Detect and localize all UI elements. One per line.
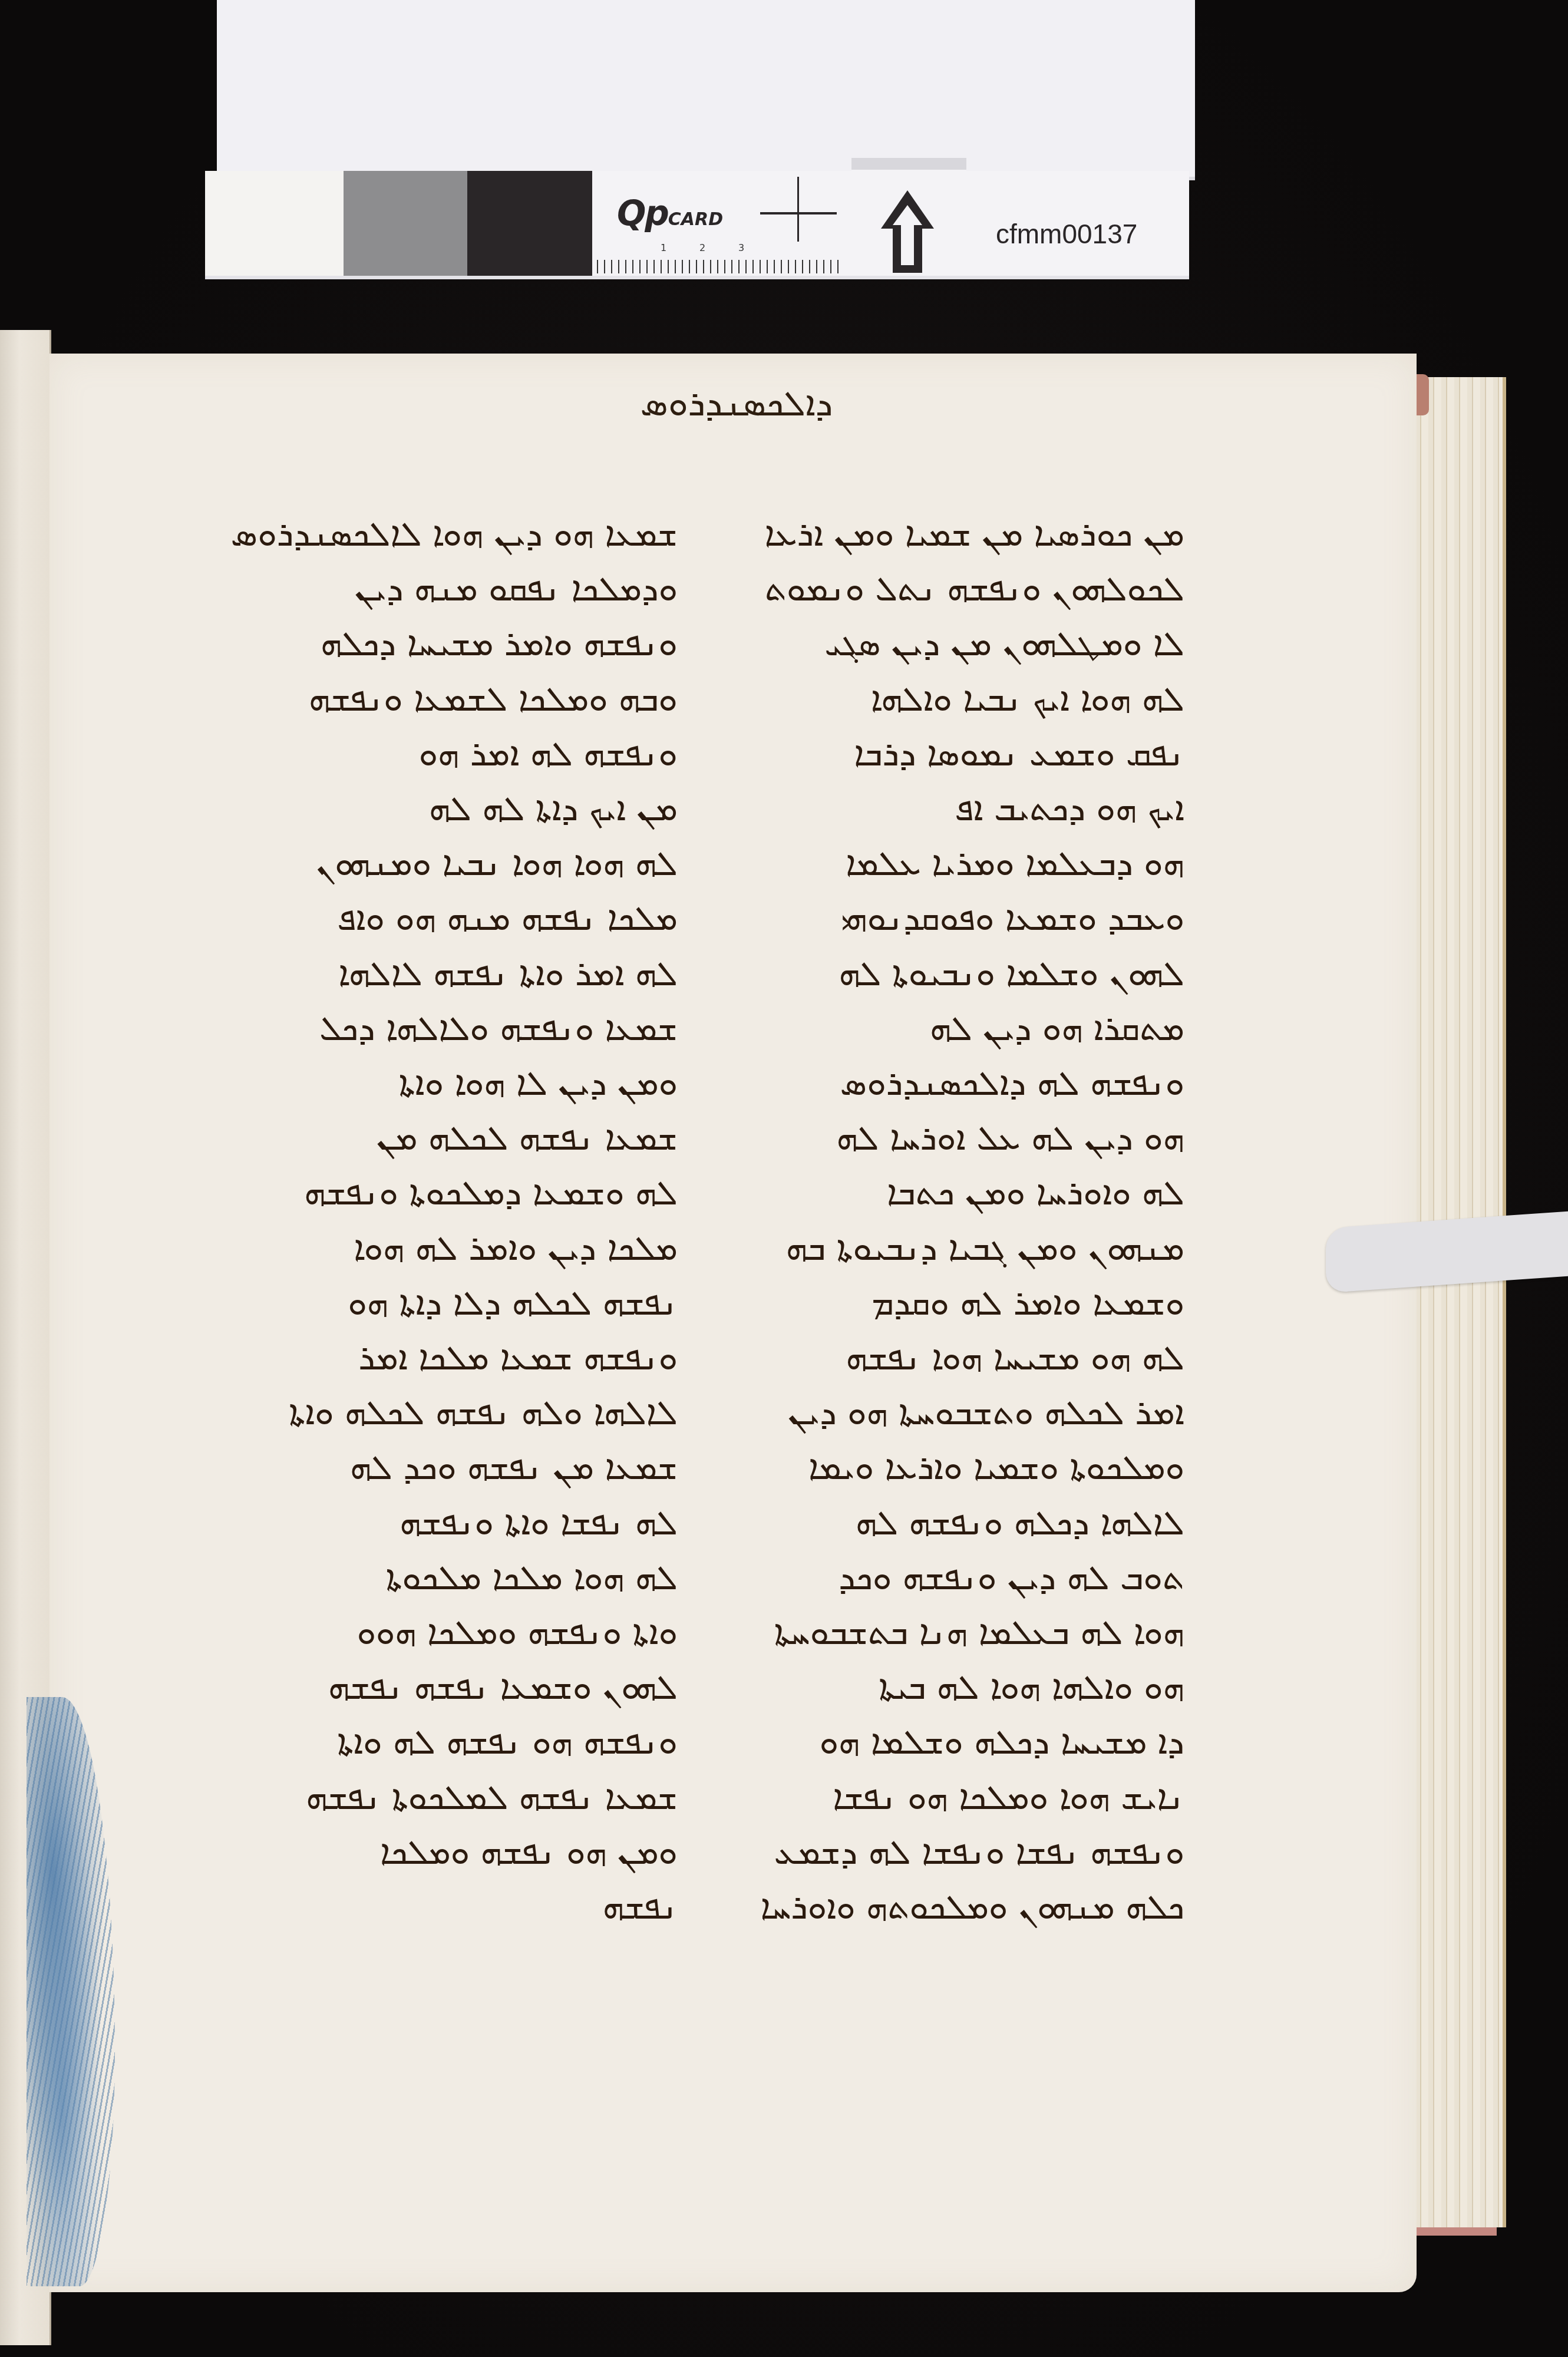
text-line: ܫܡܥܐ ܢܦܫܗ ܠܡܠܟܘܬܐ ܢܦܫܗ [153, 1770, 678, 1825]
running-head: ܕܐܠܟܣܢܕܪܘܣ [619, 383, 854, 424]
text-line: ܢܦܫܗ [153, 1880, 678, 1935]
text-line: ܗܘ ܘܐܠܗܐ ܗܘܐ ܠܗ ܒܝܬܐ [689, 1660, 1184, 1715]
text-line: ܫܡܥܐ ܡܢ ܢܦܫܗ ܘܟܕ ܠܗ [153, 1440, 678, 1495]
text-line: ܐܝܟ ܗܘ ܕܟܬܝܒ ܐܦ [689, 781, 1184, 836]
shelfmark-panel: cfmm00137 [966, 171, 1189, 276]
text-line: ܡܢ ܟܘܪܣܝܐ ܡܢ ܫܡܝܐ ܘܡܢ ܐܪܥܐ [689, 507, 1184, 562]
text-line: ܠܗ ܗܘ ܡܫܝܚܐ ܗܘܐ ܢܦܫܗ [689, 1331, 1184, 1385]
ruler-number: 2 [699, 242, 705, 253]
text-line: ܠܗ ܗܘܐ ܗܘܐ ܢܒܝܐ ܘܡܢܗܘܢ [153, 836, 678, 891]
text-line: ܘܡܠܟܘܬܐ ܘܫܡܝܐ ܘܐܪܥܐ ܘܝܡܐ [689, 1440, 1184, 1495]
text-line: ܡܬܩܪܐ ܗܘ ܕܝܢ ܠܗ [689, 1001, 1184, 1056]
text-line: ܠܐ ܘܡܛܠܗܘܢ ܡܢ ܕܝܢ ܣܓܝ [689, 616, 1184, 671]
ruler-scale [597, 251, 844, 273]
text-line: ܘܫܡܥܐ ܘܐܡܪ ܠܗ ܘܩܕܡ [689, 1276, 1184, 1331]
text-line: ܘܕܡܠܟܐ ܢܦܩܘ ܡܢܗ ܕܝܢ [153, 562, 678, 616]
text-line: ܡܢܗܘܢ ܘܡܢ ܓܒܝܐ ܕܢܒܝܘܬܐ ܒܗ [689, 1221, 1184, 1276]
text-line: ܠܗ ܘܐܘܪܚܐ ܘܡܢ ܟܬܒܐ [689, 1166, 1184, 1220]
text-line: ܡܢ ܐܝܟ ܕܐܬܐ ܠܗ ܠܗ [153, 781, 678, 836]
text-line: ܠܗ ܗܘܐ ܡܠܟܐ ܡܠܟܘܬܐ [153, 1550, 678, 1605]
text-line: ܘܢܦܫܗ ܗܘ ܢܦܫܗ ܠܗ ܘܐܬܐ [153, 1715, 678, 1770]
text-line: ܟܠܗ ܡܢܗܘܢ ܘܡܠܟܘܬܗ ܘܐܘܪܚܐ [689, 1880, 1184, 1935]
text-line: ܘܥܒܕ ܘܫܡܥܐ ܘܦܘܩܕܢܘܗܝ [689, 891, 1184, 946]
text-line: ܠܗܘܢ ܘܫܡܥܐ ܢܦܫܗ ܢܦܫܗ [153, 1660, 678, 1715]
text-line: ܡܠܟܐ ܢܦܫܗ ܡܢܗ ܗܘ ܘܐܦ [153, 891, 678, 946]
text-line: ܘܢܦܫܗ ܢܦܫܐ ܘܢܦܫܐ ܠܗ ܕܫܡܥ [689, 1825, 1184, 1880]
text-line: ܘܢܦܫܗ ܠܗ ܕܐܠܟܣܢܕܪܘܣ [689, 1056, 1184, 1111]
black-patch [467, 171, 592, 276]
text-line: ܠܗ ܢܦܫܐ ܘܐܬܐ ܘܢܦܫܗ [153, 1496, 678, 1550]
photo-stage: QpCARD 1 2 3 cfmm00137 ܕܐܠܟܣܢܕܪܘܣ ܡܢ ܟܘܪ… [0, 0, 1568, 2357]
text-line: ܫܡܥܐ ܢܦܫܗ ܠܟܠܗ ܡܢ [153, 1111, 678, 1166]
qpcard-logo: QpCARD [617, 193, 723, 233]
ruler-number: 3 [738, 242, 744, 253]
up-arrow-icon [875, 187, 940, 276]
text-line: ܡܠܟܐ ܕܝܢ ܘܐܡܪ ܠܗ ܗܘܐ [153, 1221, 678, 1276]
qpcard-logo-panel: QpCARD 1 2 3 [592, 171, 851, 276]
text-line: ܢܦܫܗ ܠܟܠܗ ܕܠܐ ܕܐܬܐ ܗܘ [153, 1276, 678, 1331]
text-line: ܘܢܦܫܗ ܫܡܥܐ ܡܠܟܐ ܐܡܪ [153, 1331, 678, 1385]
text-line: ܢܐܝܫ ܗܘܐ ܘܡܠܟܐ ܗܘ ܢܦܫܐ [689, 1770, 1184, 1825]
text-line: ܫܡܥܐ ܗܘ ܕܝܢ ܗܘܐ ܠܐܠܟܣܢܕܪܘܣ [153, 507, 678, 562]
crosshair-icon-vertical [797, 177, 799, 242]
text-line: ܕܐ ܡܫܝܚܐ ܕܟܠܗ ܘܫܠܡܐ ܗܘ [689, 1715, 1184, 1770]
ruler-number: 1 [661, 242, 666, 253]
text-column-left: ܫܡܥܐ ܗܘ ܕܝܢ ܗܘܐ ܠܐܠܟܣܢܕܪܘܣܘܕܡܠܟܐ ܢܦܩܘ ܡܢ… [153, 507, 678, 1935]
text-line: ܘܢܦܫܗ ܠܗ ܐܡܪ ܗܘ [153, 727, 678, 781]
text-line: ܫܡܥܐ ܘܢܦܫܗ ܘܠܐܠܗܐ ܕܟܠ [153, 1001, 678, 1056]
text-line: ܘܢܦܫܗ ܘܐܡܪ ܡܫܝܚܐ ܕܟܠܗ [153, 616, 678, 671]
text-line: ܠܗܘܢ ܘܫܠܡܐ ܘܢܒܝܘܬܐ ܠܗ [689, 946, 1184, 1001]
page-stack-fore-edge [1402, 377, 1506, 2227]
text-line: ܠܗ ܗܘܐ ܐܝܟ ܢܒܝܐ ܘܐܠܗܐ [689, 672, 1184, 727]
text-line: ܢܦܩ ܘܫܡܥ ܢܡܘܣܐ ܕܪܒܐ [689, 727, 1184, 781]
orientation-arrow-panel [851, 158, 966, 276]
text-line: ܠܗ ܘܫܡܥܐ ܕܡܠܟܘܬܐ ܘܢܦܫܗ [153, 1166, 678, 1220]
grey-patch [344, 171, 467, 276]
text-line: ܠܐܠܗܐ ܘܠܗ ܢܦܫܗ ܠܟܠܗ ܘܐܬܐ [153, 1385, 678, 1440]
text-line: ܘܡܢ ܕܝܢ ܠܐ ܗܘܐ ܘܐܬܐ [153, 1056, 678, 1111]
text-line: ܠܟܘܠܗܘܢ ܘܢܦܫܗ ܢܬܠ ܘܢܡܘܬ [689, 562, 1184, 616]
text-line: ܘܒܗ ܘܡܠܟܐ ܠܫܡܥܐ ܘܢܦܫܗ [153, 672, 678, 727]
shelfmark-label: cfmm00137 [996, 218, 1137, 250]
text-column-right: ܡܢ ܟܘܪܣܝܐ ܡܢ ܫܡܝܐ ܘܡܢ ܐܪܥܐܠܟܘܠܗܘܢ ܘܢܦܫܗ … [689, 507, 1184, 1935]
text-line: ܗܘ ܕܝܢ ܠܗ ܥܠ ܐܘܪܚܐ ܠܗ [689, 1111, 1184, 1166]
text-line: ܘܐܬܐ ܘܢܦܫܗ ܘܡܠܟܐ ܗܘܘ [153, 1605, 678, 1660]
white-patch [205, 171, 344, 276]
text-line: ܗܘ ܕܒܥܠܡܐ ܘܡܪܝܐ ܥܠܡܐ [689, 836, 1184, 891]
calibration-card-backing [217, 0, 1195, 180]
text-line: ܠܗ ܐܡܪ ܘܐܬܐ ܢܦܫܗ ܠܐܠܗܐ [153, 946, 678, 1001]
text-line: ܗܘܐ ܠܗ ܒܥܠܡܐ ܗܢܐ ܒܬܫܒܘܚܬܐ [689, 1605, 1184, 1660]
text-line: ܬܘܒ ܠܗ ܕܝܢ ܘܢܦܫܗ ܘܟܕ [689, 1550, 1184, 1605]
text-line: ܘܡܢ ܗܘ ܢܦܫܗ ܘܡܠܟܐ [153, 1825, 678, 1880]
text-line: ܐܡܪ ܠܟܠܗ ܘܬܫܒܘܚܬܐ ܗܘ ܕܝܢ [689, 1385, 1184, 1440]
text-line: ܠܐܠܗܐ ܕܟܠܗ ܘܢܦܫܗ ܠܗ [689, 1496, 1184, 1550]
calibration-card: QpCARD 1 2 3 cfmm00137 [205, 171, 1189, 276]
